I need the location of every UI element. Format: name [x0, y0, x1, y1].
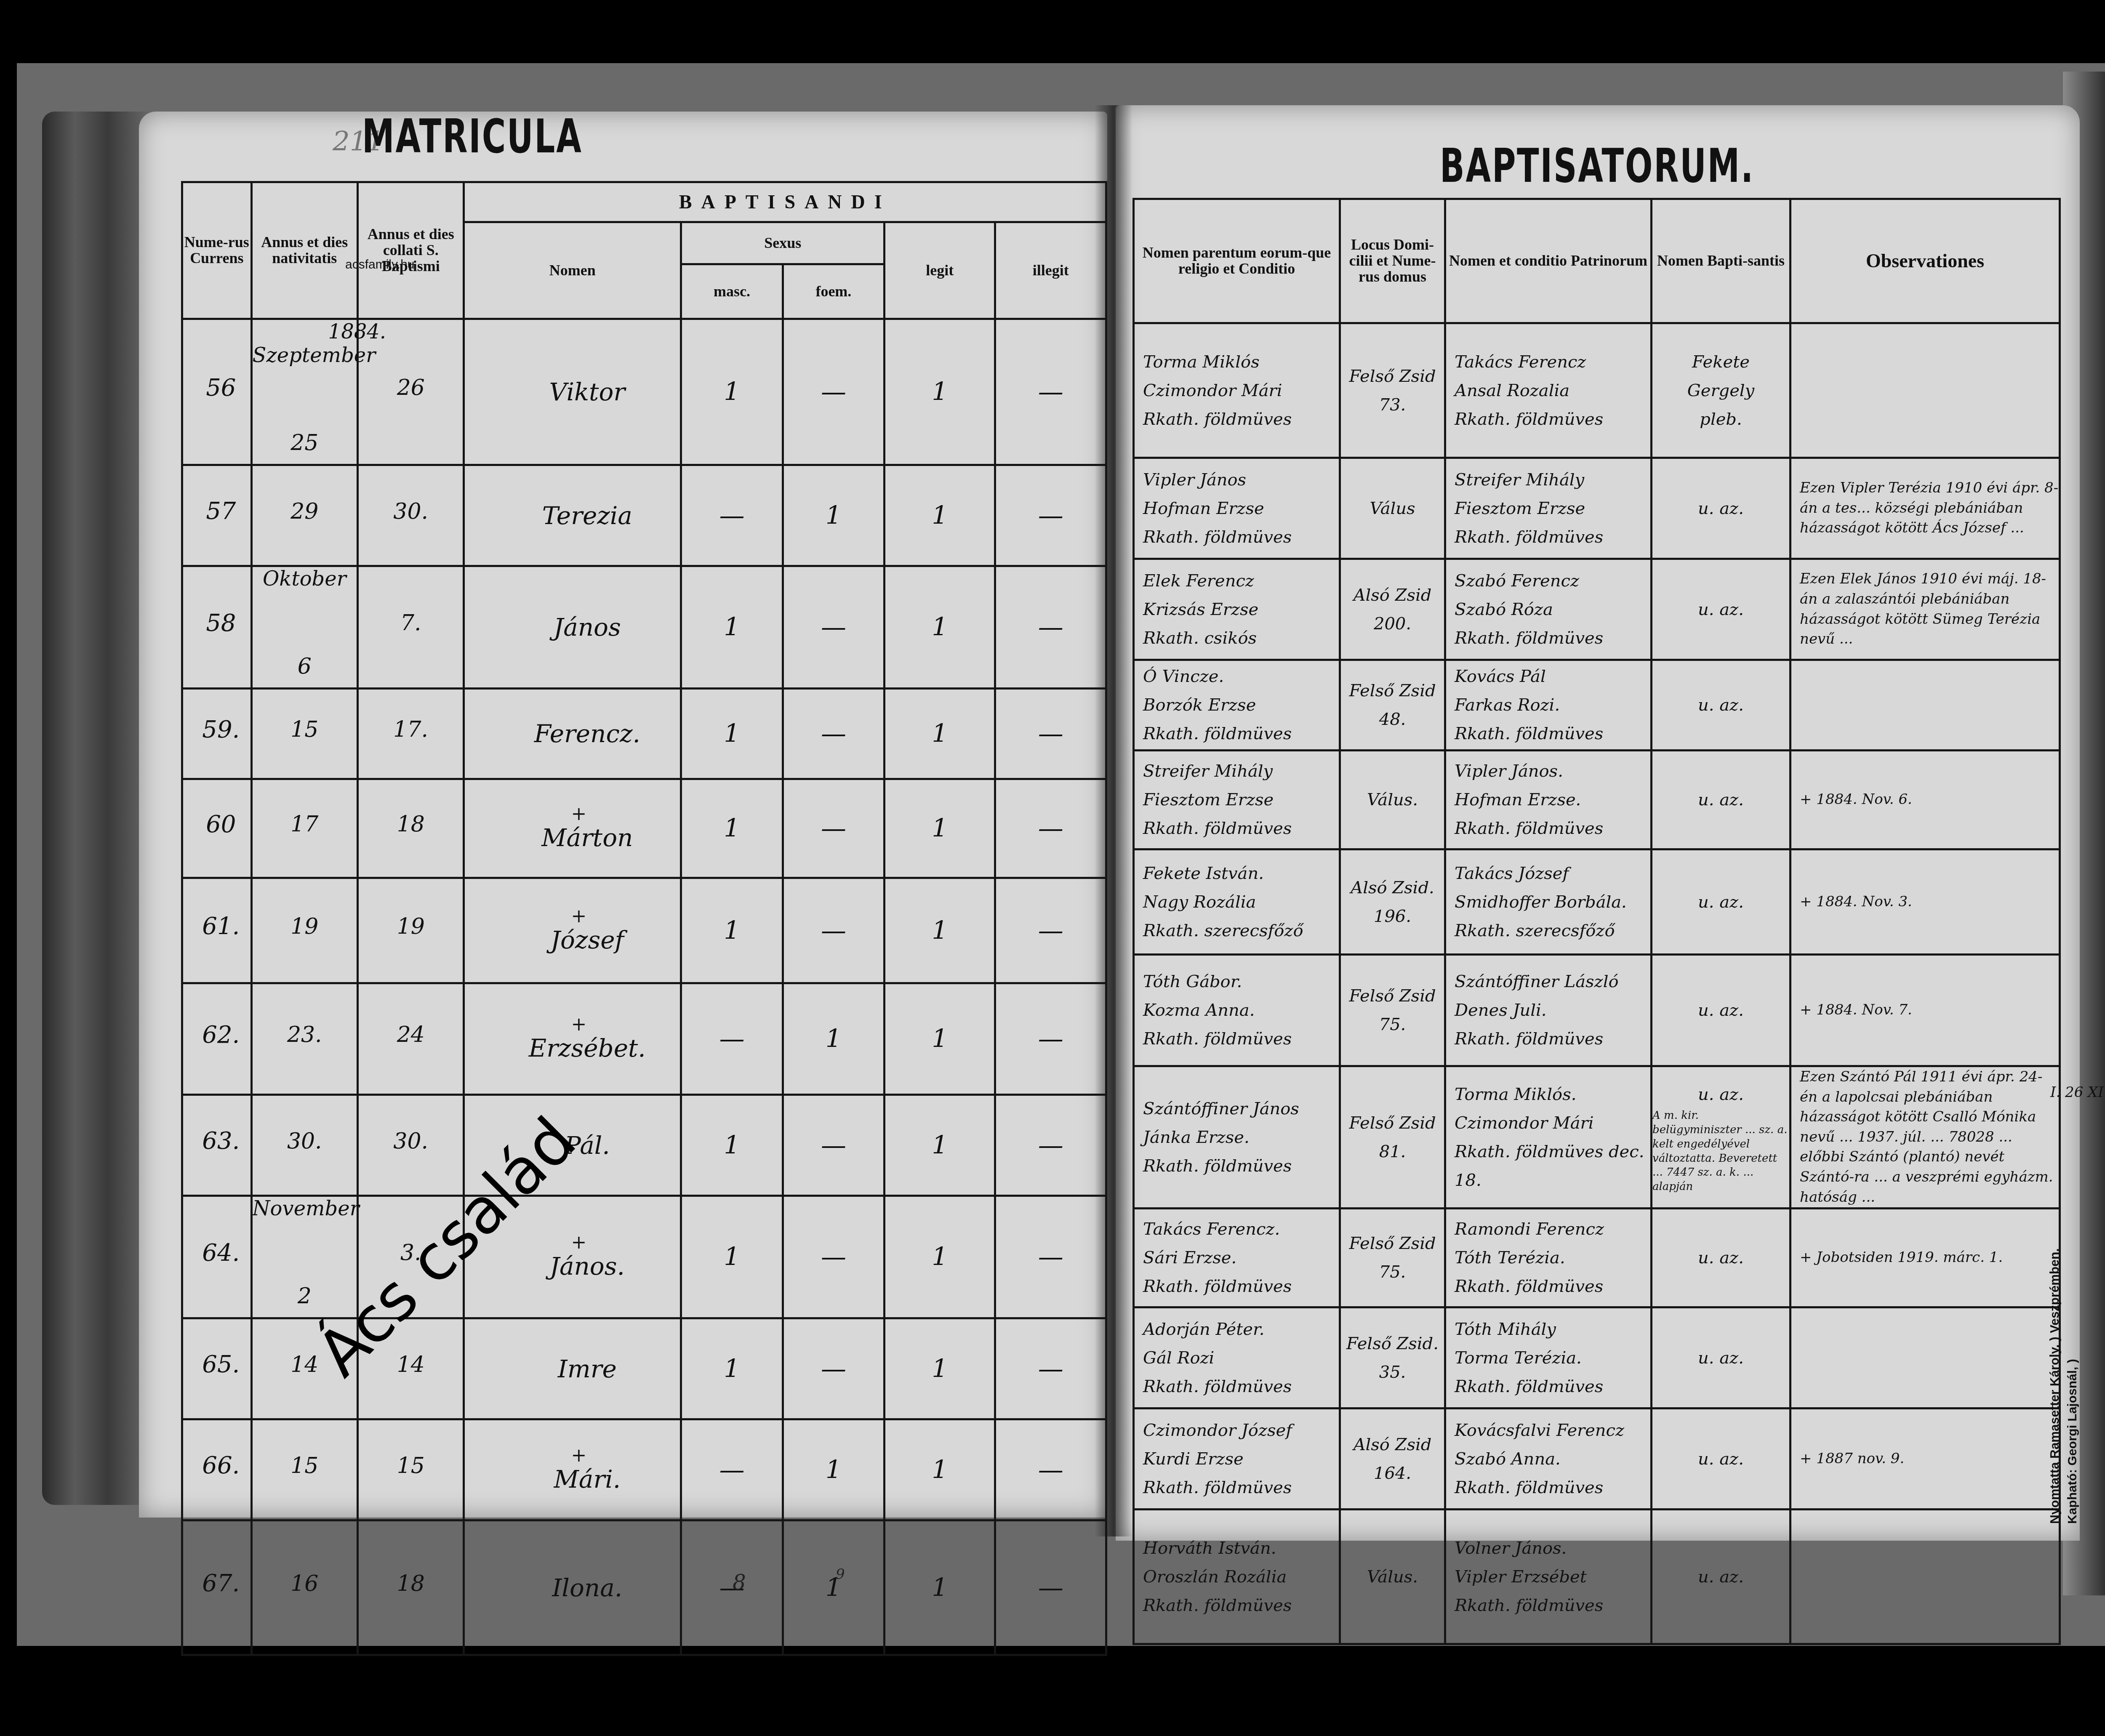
godparent-line: Szabó Ferencz	[1455, 567, 1650, 595]
baptizer-line: u. az.	[1652, 1344, 1789, 1372]
legit: 1	[885, 465, 995, 566]
header-baptizans: Nomen Bapti-santis	[1652, 199, 1791, 323]
domicile-cell: Alsó Zsid200.	[1340, 559, 1445, 660]
domicile-cell: Alsó Zsid164.	[1340, 1409, 1445, 1510]
godparent-line: Takács József	[1455, 859, 1650, 888]
child-name: +Mári.	[464, 1419, 681, 1520]
birth-day: 30.	[287, 1129, 322, 1154]
entry-number: 60	[182, 779, 252, 878]
parent-line: Kurdi Erzse	[1143, 1445, 1339, 1473]
sex-masc: 1	[681, 689, 783, 779]
entry-number: 63.	[182, 1095, 252, 1196]
domicile-line: Alsó Zsid.	[1341, 873, 1444, 902]
parent-line: Borzók Erzse	[1143, 691, 1339, 719]
baptizer-cell: u. az.	[1652, 849, 1791, 955]
godparent-line: Szabó Anna.	[1455, 1445, 1650, 1473]
domicile-line: Válus.	[1341, 785, 1444, 814]
illegit: —	[995, 878, 1106, 983]
table-row: Tóth Gábor.Kozma Anna.Rkath. földmüvesFe…	[1134, 955, 2060, 1066]
baptizer-cell: u. az.	[1652, 660, 1791, 751]
domicile-line: Felső Zsid	[1341, 982, 1444, 1010]
domicile-line: Felső Zsid	[1341, 362, 1444, 391]
month-label: Szeptember	[253, 343, 357, 367]
legit: 1	[885, 1520, 995, 1655]
parent-line: Rkath. földmüves	[1143, 719, 1339, 748]
printer-line-2: Kapható: Georgi Lajosnál, )	[2064, 1061, 2081, 1524]
sex-foem: 1	[783, 1520, 884, 1655]
legit: 1	[885, 319, 995, 465]
table-row: Ó Vincze.Borzók ErzseRkath. földmüvesFel…	[1134, 660, 2060, 751]
sex-masc: —	[681, 983, 783, 1095]
domicile-line: Alsó Zsid	[1341, 1430, 1444, 1459]
parent-line: Ó Vincze.	[1143, 662, 1339, 691]
child-name: Ferencz.	[464, 689, 681, 779]
domicile-cell: Felső Zsid48.	[1340, 660, 1445, 751]
baptizer-line: u. az.	[1652, 785, 1789, 814]
table-row: 572930.Terezia—11—	[182, 465, 1106, 566]
entry-number: 61.	[182, 878, 252, 983]
table-row: Elek FerenczKrizsás ErzseRkath. csikósAl…	[1134, 559, 2060, 660]
godparent-line: Vipler Erzsébet	[1455, 1563, 1650, 1591]
birth-date: Oktober6	[251, 566, 357, 689]
header-masc: masc.	[681, 264, 783, 319]
godparent-line: Rkath. földmüves	[1455, 814, 1650, 843]
godparent-line: Rkath. földmüves	[1455, 719, 1650, 748]
deceased-cross-icon: +	[477, 907, 680, 926]
entry-number: 57	[182, 465, 252, 566]
parents-cell: Czimondor JózsefKurdi ErzseRkath. földmü…	[1134, 1409, 1340, 1510]
legit: 1	[885, 1419, 995, 1520]
godparent-line: Vipler János.	[1455, 757, 1650, 785]
godparent-line: Streifer Mihály	[1455, 466, 1650, 494]
header-foem: foem.	[783, 264, 884, 319]
sex-masc: 1	[681, 1318, 783, 1419]
parent-line: Vipler János	[1143, 466, 1339, 494]
observation-cell: Ezen Szántó Pál 1911 évi ápr. 24-én a la…	[1791, 1066, 2060, 1209]
parent-line: Hofman Erzse	[1143, 494, 1339, 523]
baptizer-cell: u. az.	[1652, 559, 1791, 660]
domicile-line: Válus	[1341, 494, 1444, 523]
domicile-cell: Válus	[1340, 458, 1445, 559]
table-row: Czimondor JózsefKurdi ErzseRkath. földmü…	[1134, 1409, 2060, 1510]
parent-line: Streifer Mihály	[1143, 757, 1339, 785]
observation-cell: + 1884. Nov. 6.	[1791, 751, 2060, 849]
table-row: Fekete István.Nagy RozáliaRkath. szerecs…	[1134, 849, 2060, 955]
domicile-cell: Válus.	[1340, 751, 1445, 849]
legit: 1	[885, 1318, 995, 1419]
parent-line: Krizsás Erzse	[1143, 595, 1339, 624]
table-row: 66.1515+Mári.—11—	[182, 1419, 1106, 1520]
parent-line: Rkath. földmüves	[1143, 1025, 1339, 1053]
book-edge-left	[42, 112, 152, 1505]
sex-foem: —	[783, 1318, 884, 1419]
sex-masc: 1	[681, 319, 783, 465]
baptism-date: 24	[358, 983, 464, 1095]
table-row: 62.23.24+Erzsébet.—11—	[182, 983, 1106, 1095]
godparent-line: Tóth Mihály	[1455, 1315, 1650, 1344]
domicile-line: Felső Zsid	[1341, 1229, 1444, 1258]
left-page-title: MATRICULA	[362, 109, 583, 163]
illegit: —	[995, 319, 1106, 465]
birth-date: 16	[251, 1520, 357, 1655]
baptizer-line: pleb.	[1652, 405, 1789, 434]
parents-cell: Szántóffiner JánosJánka Erzse.Rkath. föl…	[1134, 1066, 1340, 1209]
child-name: Terezia	[464, 465, 681, 566]
baptizer-line: u. az.	[1652, 1563, 1789, 1591]
sex-masc: —	[681, 1419, 783, 1520]
observation-cell: + Jobotsiden 1919. márc. 1.	[1791, 1209, 2060, 1307]
domicile-line: Válus.	[1341, 1563, 1444, 1591]
child-name-text: Ferencz.	[534, 719, 640, 748]
baptizer-line: u. az.	[1652, 1080, 1789, 1109]
legit: 1	[885, 1095, 995, 1196]
entry-number: 67.	[182, 1520, 252, 1655]
baptism-register-right: Nomen parentum eorum-que religio et Cond…	[1132, 198, 2061, 1645]
birth-day: 25	[290, 430, 318, 455]
legit: 1	[885, 689, 995, 779]
domicile-line: 48.	[1341, 705, 1444, 734]
table-row: Torma MiklósCzimondor MáriRkath. földmüv…	[1134, 323, 2060, 458]
parent-line: Jánka Erzse.	[1143, 1123, 1339, 1152]
table-row: Vipler JánosHofman ErzseRkath. földmüves…	[1134, 458, 2060, 559]
illegit: —	[995, 1196, 1106, 1318]
parent-line: Sári Erzse.	[1143, 1243, 1339, 1272]
baptizer-cell: u. az.	[1652, 1510, 1791, 1644]
entry-number: 62.	[182, 983, 252, 1095]
baptism-date: 18	[358, 1520, 464, 1655]
header-baptismus: Annus et dies collati S. Baptismi	[358, 182, 464, 319]
legit: 1	[885, 983, 995, 1095]
godparents-cell: Szabó FerenczSzabó RózaRkath. földmüves	[1445, 559, 1652, 660]
birth-date: 19	[251, 878, 357, 983]
table-row: 61.1919+József1—1—	[182, 878, 1106, 983]
entry-number: 56	[182, 319, 252, 465]
right-page-title: BAPTISATORUM.	[1440, 139, 1754, 193]
godparent-line: Tóth Terézia.	[1455, 1243, 1650, 1272]
godparent-line: Rkath. földmüves	[1455, 1272, 1650, 1301]
baptism-date: 19	[358, 878, 464, 983]
parents-cell: Takács Ferencz.Sári Erzse.Rkath. földmüv…	[1134, 1209, 1340, 1307]
table-row: 67.1618Ilona.—11—	[182, 1520, 1106, 1655]
parent-line: Horváth István.	[1143, 1534, 1339, 1563]
observation-cell	[1791, 660, 2060, 751]
child-name: János	[464, 566, 681, 689]
sex-masc: —	[681, 465, 783, 566]
sex-foem: 1	[783, 465, 884, 566]
domicile-line: 35.	[1341, 1358, 1444, 1387]
domicile-cell: Felső Zsid81.	[1340, 1066, 1445, 1209]
parent-line: Tóth Gábor.	[1143, 967, 1339, 996]
illegit: —	[995, 1520, 1106, 1655]
godparents-cell: Ramondi FerenczTóth Terézia.Rkath. földm…	[1445, 1209, 1652, 1307]
parent-line: Rkath. földmüves	[1143, 1372, 1339, 1401]
observation-cell: + 1884. Nov. 3.	[1791, 849, 2060, 955]
godparent-line: Rkath. földmüves	[1455, 1591, 1650, 1620]
table-row: Horváth István.Oroszlán RozáliaRkath. fö…	[1134, 1510, 2060, 1644]
month-label: November	[253, 1197, 357, 1220]
parent-line: Rkath. földmüves	[1143, 1473, 1339, 1502]
domicile-line: Felső Zsid	[1341, 676, 1444, 705]
parents-cell: Torma MiklósCzimondor MáriRkath. földmüv…	[1134, 323, 1340, 458]
observation-cell	[1791, 1307, 2060, 1409]
sex-masc: 1	[681, 779, 783, 878]
legit: 1	[885, 779, 995, 878]
sex-foem: —	[783, 1095, 884, 1196]
child-name-text: Ilona.	[552, 1574, 622, 1602]
child-name-text: Erzsébet.	[529, 1034, 646, 1062]
child-name: Ilona.	[464, 1520, 681, 1655]
sex-masc: 1	[681, 566, 783, 689]
parents-cell: Elek FerenczKrizsás ErzseRkath. csikós	[1134, 559, 1340, 660]
header-parentes: Nomen parentum eorum-que religio et Cond…	[1134, 199, 1340, 323]
birth-date: 15	[251, 689, 357, 779]
godparent-line: Volner János.	[1455, 1534, 1650, 1563]
illegit: —	[995, 689, 1106, 779]
child-name: Imre	[464, 1318, 681, 1419]
godparents-cell: Takács FerenczAnsal RozaliaRkath. földmü…	[1445, 323, 1652, 458]
godparent-line: Ansal Rozalia	[1455, 376, 1650, 405]
domicile-line: 81.	[1341, 1137, 1444, 1166]
child-name-text: Márton	[541, 823, 633, 852]
header-nativitas: Annus et dies nativitatis	[251, 182, 357, 319]
sex-masc: 1	[681, 1095, 783, 1196]
parent-line: Gál Rozi	[1143, 1344, 1339, 1372]
birth-day: 2	[298, 1283, 312, 1309]
domicile-cell: Felső Zsid.35.	[1340, 1307, 1445, 1409]
parents-cell: Streifer MihályFiesztom ErzseRkath. föld…	[1134, 751, 1340, 849]
entry-number: 66.	[182, 1419, 252, 1520]
parent-line: Torma Miklós	[1143, 348, 1339, 376]
illegit: —	[995, 1419, 1106, 1520]
table-row: 63.30.30.Pál.1—1—	[182, 1095, 1106, 1196]
table-row: 64.November23.+János.1—1—	[182, 1196, 1106, 1318]
parent-line: Rkath. földmüves	[1143, 405, 1339, 434]
birth-day: 6	[298, 654, 312, 679]
domicile-cell: Válus.	[1340, 1510, 1445, 1644]
godparent-line: Takács Ferencz	[1455, 348, 1650, 376]
observation-cell: Ezen Vipler Terézia 1910 évi ápr. 8-án a…	[1791, 458, 2060, 559]
godparent-line: Rkath. földmüves	[1455, 1025, 1650, 1053]
godparent-line: Szántóffiner László	[1455, 967, 1650, 996]
sex-masc: —	[681, 1520, 783, 1655]
legit: 1	[885, 1196, 995, 1318]
domicile-line: 73.	[1341, 391, 1444, 419]
godparent-line: Rkath. földmüves	[1455, 1473, 1650, 1502]
birth-day: 15	[290, 717, 318, 742]
header-sexus: Sexus	[681, 222, 885, 264]
entry-number: 59.	[182, 689, 252, 779]
baptism-date: 18	[358, 779, 464, 878]
illegit: —	[995, 1095, 1106, 1196]
child-name-text: János.	[550, 1252, 625, 1281]
parent-line: Czimondor Mári	[1143, 376, 1339, 405]
parent-line: Kozma Anna.	[1143, 996, 1339, 1025]
parent-line: Rkath. földmüves	[1143, 523, 1339, 551]
parent-line: Fiesztom Erzse	[1143, 785, 1339, 814]
parent-line: Elek Ferencz	[1143, 567, 1339, 595]
printer-line-1: Nyomtatta Ramasetter Károly, ) Veszprémb…	[2046, 1061, 2064, 1524]
birth-day: 29	[290, 499, 318, 524]
birth-date: 30.	[251, 1095, 357, 1196]
parent-line: Czimondor József	[1143, 1416, 1339, 1445]
deceased-cross-icon: +	[477, 805, 680, 823]
godparents-cell: Kovácsfalvi FerenczSzabó Anna.Rkath. föl…	[1445, 1409, 1652, 1510]
header-illegit: illegit	[995, 222, 1106, 319]
domicile-line: 200.	[1341, 610, 1444, 638]
birth-date: 15	[251, 1419, 357, 1520]
godparents-cell: Volner János.Vipler ErzsébetRkath. földm…	[1445, 1510, 1652, 1644]
deceased-cross-icon: +	[477, 1015, 680, 1034]
baptism-date: 30.	[358, 1095, 464, 1196]
header-numerus-currens: Nume-rus Currens	[182, 182, 252, 319]
illegit: —	[995, 779, 1106, 878]
sex-foem: 1	[783, 1419, 884, 1520]
parent-line: Szántóffiner János	[1143, 1094, 1339, 1123]
domicile-line: 75.	[1341, 1258, 1444, 1286]
godparent-line: Kovácsfalvi Ferencz	[1455, 1416, 1650, 1445]
godparents-cell: Takács JózsefSmidhoffer Borbála.Rkath. s…	[1445, 849, 1652, 955]
godparent-line: Rkath. földmüves	[1455, 1372, 1650, 1401]
table-row: 58Oktober67.János1—1—	[182, 566, 1106, 689]
header-nomen: Nomen	[464, 222, 681, 319]
baptizer-cell: u. az.A m. kir. belügyminiszter ... sz. …	[1652, 1066, 1791, 1209]
parents-cell: Fekete István.Nagy RozáliaRkath. szerecs…	[1134, 849, 1340, 955]
observation-cell	[1791, 1510, 2060, 1644]
header-patrini: Nomen et conditio Patrinorum	[1445, 199, 1652, 323]
entry-number: 65.	[182, 1318, 252, 1419]
table-row: Adorján Péter.Gál RoziRkath. földmüvesFe…	[1134, 1307, 2060, 1409]
godparent-line: Denes Juli.	[1455, 996, 1650, 1025]
birth-day: 19	[290, 914, 318, 939]
parent-line: Rkath. földmüves	[1143, 1272, 1339, 1301]
birth-day: 17	[290, 812, 318, 837]
baptizer-line: u. az.	[1652, 691, 1789, 719]
godparent-line: Fiesztom Erzse	[1455, 494, 1650, 523]
parent-line: Oroszlán Rozália	[1143, 1563, 1339, 1591]
observation-cell: + 1884. Nov. 7.	[1791, 955, 2060, 1066]
legit: 1	[885, 878, 995, 983]
child-name: +József	[464, 878, 681, 983]
table-row: Streifer MihályFiesztom ErzseRkath. föld…	[1134, 751, 2060, 849]
baptizer-line: u. az.	[1652, 494, 1789, 523]
godparent-line: Ramondi Ferencz	[1455, 1215, 1650, 1243]
baptizer-cell: u. az.	[1652, 1209, 1791, 1307]
header-observationes: Observationes	[1791, 199, 2060, 323]
child-name-text: Mári.	[554, 1465, 621, 1494]
godparents-cell: Kovács PálFarkas Rozi.Rkath. földmüves	[1445, 660, 1652, 751]
child-name-text: József	[551, 926, 624, 954]
site-watermark: acsfamily.hu	[345, 258, 415, 272]
domicile-line: 164.	[1341, 1459, 1444, 1488]
godparents-cell: Tóth MihályTorma Terézia.Rkath. földmüve…	[1445, 1307, 1652, 1409]
illegit: —	[995, 465, 1106, 566]
illegit: —	[995, 983, 1106, 1095]
baptizer-note: A m. kir. belügyminiszter ... sz. a. kel…	[1652, 1109, 1789, 1194]
footer-mark: 8	[733, 1570, 746, 1595]
godparent-line: Rkath. földmüves	[1455, 523, 1650, 551]
godparent-line: Kovács Pál	[1455, 662, 1650, 691]
observation-cell: + 1887 nov. 9.	[1791, 1409, 2060, 1510]
baptism-date: 15	[358, 1419, 464, 1520]
baptizer-cell: u. az.	[1652, 1409, 1791, 1510]
entry-number: 64.	[182, 1196, 252, 1318]
baptizer-cell: u. az.	[1652, 955, 1791, 1066]
baptizer-cell: u. az.	[1652, 751, 1791, 849]
birth-day: 16	[290, 1571, 318, 1596]
godparent-line: Rkath. földmüves dec. 18.	[1455, 1137, 1650, 1195]
domicile-line: 196.	[1341, 902, 1444, 931]
godparents-cell: Streifer MihályFiesztom ErzseRkath. föld…	[1445, 458, 1652, 559]
sex-masc: 1	[681, 1196, 783, 1318]
table-row: 601718+Márton1—1—	[182, 779, 1106, 878]
footer-mark: 9	[836, 1566, 845, 1583]
parents-cell: Ó Vincze.Borzók ErzseRkath. földmüves	[1134, 660, 1340, 751]
year-label: 1884.	[328, 320, 357, 343]
domicile-line: Alsó Zsid	[1341, 581, 1444, 610]
godparent-line: Rkath. szerecsfőző	[1455, 916, 1650, 945]
month-label: Oktober	[253, 567, 357, 591]
parents-cell: Adorján Péter.Gál RoziRkath. földmüves	[1134, 1307, 1340, 1409]
header-baptisandi: BAPTISANDI	[464, 182, 1106, 222]
parent-line: Nagy Rozália	[1143, 888, 1339, 916]
table-row: Takács Ferencz.Sári Erzse.Rkath. földmüv…	[1134, 1209, 2060, 1307]
parent-line: Rkath. földmüves	[1143, 814, 1339, 843]
parents-cell: Tóth Gábor.Kozma Anna.Rkath. földmüves	[1134, 955, 1340, 1066]
domicile-cell: Felső Zsid73.	[1340, 323, 1445, 458]
child-name-text: Imre	[558, 1355, 617, 1383]
domicile-cell: Felső Zsid75.	[1340, 1209, 1445, 1307]
baptizer-line: Gergely	[1652, 376, 1789, 405]
sex-foem: —	[783, 319, 884, 465]
godparent-line: Hofman Erzse.	[1455, 785, 1650, 814]
deceased-cross-icon: +	[477, 1446, 680, 1465]
child-name: +Erzsébet.	[464, 983, 681, 1095]
birth-date: 23.	[251, 983, 357, 1095]
sex-foem: —	[783, 779, 884, 878]
godparent-line: Torma Terézia.	[1455, 1344, 1650, 1372]
sex-foem: —	[783, 1196, 884, 1318]
godparent-line: Rkath. földmüves	[1455, 405, 1650, 434]
sex-foem: —	[783, 566, 884, 689]
domicile-line: Felső Zsid.	[1341, 1329, 1444, 1358]
domicile-cell: Felső Zsid75.	[1340, 955, 1445, 1066]
printer-imprint: Nyomtatta Ramasetter Károly, ) Veszprémb…	[2046, 1061, 2081, 1524]
parent-line: Fekete István.	[1143, 859, 1339, 888]
baptizer-line: Fekete	[1652, 348, 1789, 376]
birth-date: 1884.Szeptember25	[251, 319, 357, 465]
child-name: Viktor	[464, 319, 681, 465]
observation-cell: Ezen Elek János 1910 évi máj. 18-án a za…	[1791, 559, 2060, 660]
baptizer-line: u. az.	[1652, 1445, 1789, 1473]
sex-foem: —	[783, 878, 884, 983]
parent-line: Adorján Péter.	[1143, 1315, 1339, 1344]
domicile-line: Felső Zsid	[1341, 1109, 1444, 1137]
godparent-line: Rkath. földmüves	[1455, 624, 1650, 652]
illegit: —	[995, 566, 1106, 689]
child-name-text: János	[554, 613, 621, 642]
birth-day: 14	[290, 1352, 318, 1377]
godparent-line: Smidhoffer Borbála.	[1455, 888, 1650, 916]
godparent-line: Czimondor Mári	[1455, 1109, 1650, 1137]
baptizer-line: u. az.	[1652, 595, 1789, 624]
godparent-line: Torma Miklós.	[1455, 1080, 1650, 1109]
baptizer-cell: u. az.	[1652, 458, 1791, 559]
sex-foem: —	[783, 689, 884, 779]
entry-number: 58	[182, 566, 252, 689]
baptizer-cell: u. az.	[1652, 1307, 1791, 1409]
parent-line: Rkath. földmüves	[1143, 1591, 1339, 1620]
table-row: 59.1517.Ferencz.1—1—	[182, 689, 1106, 779]
